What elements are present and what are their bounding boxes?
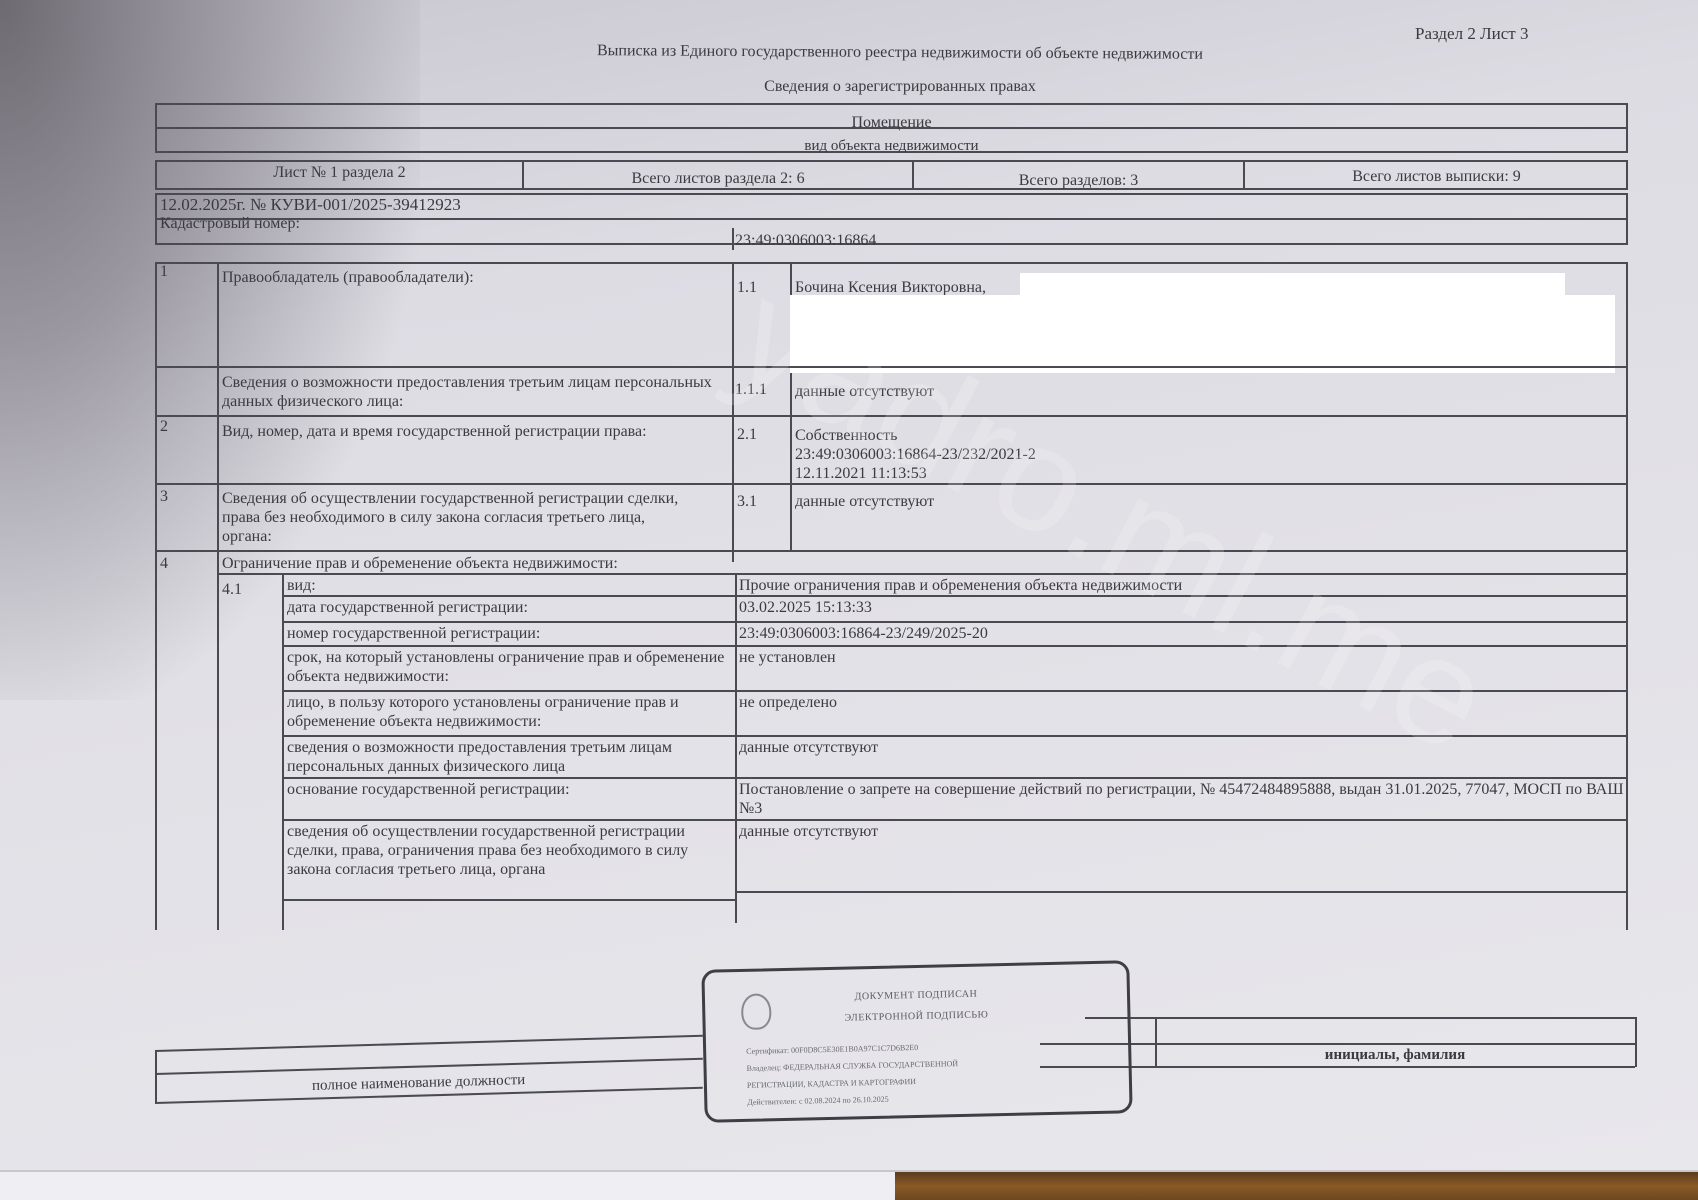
row-3-value: данные отсутствуют <box>795 492 934 511</box>
encumbrance-field-value: 03.02.2025 15:13:33 <box>739 598 1624 617</box>
row-3-label: Сведения об осуществлении государственно… <box>222 489 692 546</box>
object-type: Помещение <box>155 113 1628 132</box>
right-type: Собственность <box>795 426 897 445</box>
row-2-label: Вид, номер, дата и время государственной… <box>222 422 727 441</box>
encumbrance-field-value: не установлен <box>739 648 1624 667</box>
row-1-1-value: данные отсутствуют <box>795 382 934 401</box>
row-4-num: 4 <box>160 554 168 573</box>
row-1-1-label: Сведения о возможности предоставления тр… <box>222 373 727 411</box>
electronic-signature-stamp: ДОКУМЕНТ ПОДПИСАН ЭЛЕКТРОННОЙ ПОДПИСЬЮ С… <box>701 960 1132 1123</box>
sheet-of-section: Лист № 1 раздела 2 <box>157 163 522 182</box>
encumbrance-field-value: не определено <box>739 693 1624 712</box>
initials-caption: инициалы, фамилия <box>1155 1046 1635 1065</box>
page-reference: Раздел 2 Лист 3 <box>1415 24 1528 44</box>
encumbrance-field-value: Прочие ограничения прав и обременения об… <box>739 576 1624 595</box>
cadastral-number: 23:49:0306003:16864 <box>735 231 876 250</box>
row-1-num: 1 <box>160 262 168 281</box>
encumbrance-field-value: данные отсутствуют <box>739 738 1624 757</box>
total-sections: Всего разделов: 3 <box>914 171 1243 190</box>
encumbrance-field-label: сведения о возможности предоставления тр… <box>287 738 732 776</box>
row-1-subnum: 1.1 <box>737 278 757 297</box>
wooden-desk <box>895 1172 1698 1200</box>
row-4-1-subnum: 4.1 <box>222 580 242 599</box>
request-number: 12.02.2025г. № КУВИ-001/2025-39412923 <box>160 195 461 214</box>
document-subtitle: Сведения о зарегистрированных правах <box>530 78 1270 96</box>
object-type-caption: вид объекта недвижимости <box>155 137 1628 156</box>
encumbrance-field-label: основание государственной регистрации: <box>287 780 732 799</box>
row-3-subnum: 3.1 <box>737 492 757 511</box>
encumbrance-field-label: сведения об осуществлении государственно… <box>287 822 732 879</box>
encumbrance-field-value: 23:49:0306003:16864-23/249/2025-20 <box>739 624 1624 643</box>
total-sheets-section: Всего листов раздела 2: 6 <box>524 169 912 188</box>
row-1-1-subnum: 1.1.1 <box>735 380 767 399</box>
encumbrance-field-label: номер государственной регистрации: <box>287 624 732 643</box>
row-2-num: 2 <box>160 417 168 436</box>
right-reg-number: 23:49:0306003:16864-23/232/2021-2 <box>795 445 1036 464</box>
right-reg-datetime: 12.11.2021 11:13:53 <box>795 464 927 483</box>
encumbrance-field-value: Постановление о запрете на совершение де… <box>739 780 1624 818</box>
photo-edge <box>0 1172 895 1200</box>
redacted-area <box>1020 273 1565 295</box>
encumbrance-field-label: срок, на который установлены ограничение… <box>287 648 732 686</box>
cadastral-label: Кадастровый номер: <box>160 214 300 233</box>
encumbrance-field-label: лицо, в пользу которого установлены огра… <box>287 693 732 731</box>
row-4-label: Ограничение прав и обременение объекта н… <box>222 554 618 573</box>
total-sheets-extract: Всего листов выписки: 9 <box>1245 167 1628 186</box>
encumbrance-field-value: данные отсутствуют <box>739 822 1624 841</box>
row-2-subnum: 2.1 <box>737 425 757 444</box>
redacted-area <box>790 295 1615 373</box>
encumbrance-field-label: вид: <box>287 576 732 595</box>
row-1-label: Правообладатель (правообладатели): <box>222 268 474 287</box>
encumbrance-field-label: дата государственной регистрации: <box>287 598 732 617</box>
row-3-num: 3 <box>160 487 168 506</box>
